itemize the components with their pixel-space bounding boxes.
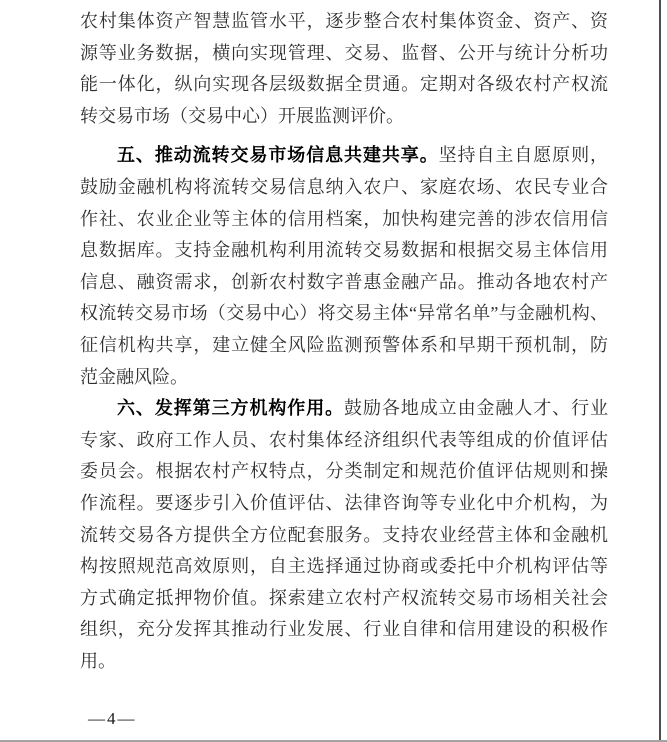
text-line: 构按照规范高效原则，自主选择通过协商或委托中介机构评估等	[80, 551, 608, 583]
body-text: 方式确定抵押物价值。探索建立农村产权流转交易市场相关社会	[80, 588, 608, 608]
body-text: 源等业务数据，横向实现管理、交易、监督、公开与统计分析功	[80, 43, 608, 63]
body-text: 流转交易各方提供全方位配套服务。支持农业经营主体和金融机	[80, 525, 608, 545]
text-line: 作流程。要逐步引入价值评估、法律咨询等专业化中介机构，为	[80, 488, 608, 520]
paragraph: 五、推动流转交易市场信息共建共享。坚持自主自愿原则，鼓励金融机构将流转交易信息纳…	[80, 140, 608, 393]
text-line: 方式确定抵押物价值。探索建立农村产权流转交易市场相关社会	[80, 583, 608, 615]
body-text: 范金融风险。	[80, 367, 188, 387]
text-line: 转交易市场（交易中心）开展监测评价。	[80, 101, 608, 133]
text-line: 能一体化，纵向实现各层级数据全贯通。定期对各级农村产权流	[80, 69, 608, 101]
text-line: 权流转交易市场（交易中心）将交易主体“异常名单”与金融机构、	[80, 298, 608, 330]
body-text: 转交易市场（交易中心）开展监测评价。	[80, 106, 404, 126]
text-line: 六、发挥第三方机构作用。鼓励各地成立由金融人才、行业	[80, 393, 608, 425]
body-text: 农村集体资产智慧监管水平，逐步整合农村集体资金、资产、资	[80, 11, 608, 31]
page-right-edge-line	[659, 0, 661, 742]
body-text: 委员会。根据农村产权特点，分类制定和规范价值评估规则和操	[80, 461, 608, 481]
text-line: 息数据库。支持金融机构利用流转交易数据和根据交易主体信用	[80, 235, 608, 267]
section-heading: 五、推动流转交易市场信息共建共享。	[117, 145, 439, 165]
document-page: 农村集体资产智慧监管水平，逐步整合农村集体资金、资产、资源等业务数据，横向实现管…	[0, 0, 667, 742]
text-line: 信息、融资需求，创新农村数字普惠金融产品。推动各地农村产	[80, 267, 608, 299]
body-text: 信息、融资需求，创新农村数字普惠金融产品。推动各地农村产	[80, 272, 608, 292]
body-text: 组织，充分发挥其推动行业发展、行业自律和信用建设的积极作	[80, 619, 608, 639]
body-text: 权流转交易市场（交易中心）将交易主体“异常名单”与金融机构、	[80, 303, 608, 323]
body-text: 专家、政府工作人员、农村集体经济组织代表等组成的价值评估	[80, 430, 608, 450]
text-line: 委员会。根据农村产权特点，分类制定和规范价值评估规则和操	[80, 456, 608, 488]
text-line: 源等业务数据，横向实现管理、交易、监督、公开与统计分析功	[80, 38, 608, 70]
text-line: 用。	[80, 646, 608, 678]
body-text: 坚持自主自愿原则，	[439, 145, 608, 165]
section-heading: 六、发挥第三方机构作用。	[117, 398, 344, 418]
text-line: 流转交易各方提供全方位配套服务。支持农业经营主体和金融机	[80, 520, 608, 552]
body-text: 作流程。要逐步引入价值评估、法律咨询等专业化中介机构，为	[80, 493, 608, 513]
body-text: 鼓励各地成立由金融人才、行业	[344, 398, 608, 418]
body-text: 用。	[80, 651, 116, 671]
text-line: 农村集体资产智慧监管水平，逐步整合农村集体资金、资产、资	[80, 6, 608, 38]
paragraph-list: 农村集体资产智慧监管水平，逐步整合农村集体资金、资产、资源等业务数据，横向实现管…	[80, 6, 608, 677]
body-text: 鼓励金融机构将流转交易信息纳入农户、家庭农场、农民专业合	[80, 177, 608, 197]
paragraph: 农村集体资产智慧监管水平，逐步整合农村集体资金、资产、资源等业务数据，横向实现管…	[80, 6, 608, 132]
text-line: 组织，充分发挥其推动行业发展、行业自律和信用建设的积极作	[80, 614, 608, 646]
paragraph: 六、发挥第三方机构作用。鼓励各地成立由金融人才、行业专家、政府工作人员、农村集体…	[80, 393, 608, 677]
page-number: —4—	[88, 707, 137, 731]
text-line: 专家、政府工作人员、农村集体经济组织代表等组成的价值评估	[80, 425, 608, 457]
text-line: 鼓励金融机构将流转交易信息纳入农户、家庭农场、农民专业合	[80, 172, 608, 204]
body-text: 征信机构共享，建立健全风险监测预警体系和早期干预机制，防	[80, 335, 608, 355]
body-text: 构按照规范高效原则，自主选择通过协商或委托中介机构评估等	[80, 556, 608, 576]
text-line: 五、推动流转交易市场信息共建共享。坚持自主自愿原则，	[80, 140, 608, 172]
body-text: 能一体化，纵向实现各层级数据全贯通。定期对各级农村产权流	[80, 74, 608, 94]
body-text: 作社、农业企业等主体的信用档案，加快构建完善的涉农信用信	[80, 209, 608, 229]
body-text: 息数据库。支持金融机构利用流转交易数据和根据交易主体信用	[80, 240, 608, 260]
text-line: 征信机构共享，建立健全风险监测预警体系和早期干预机制，防	[80, 330, 608, 362]
text-line: 范金融风险。	[80, 362, 608, 394]
document-body: 农村集体资产智慧监管水平，逐步整合农村集体资金、资产、资源等业务数据，横向实现管…	[80, 6, 608, 677]
text-line: 作社、农业企业等主体的信用档案，加快构建完善的涉农信用信	[80, 204, 608, 236]
